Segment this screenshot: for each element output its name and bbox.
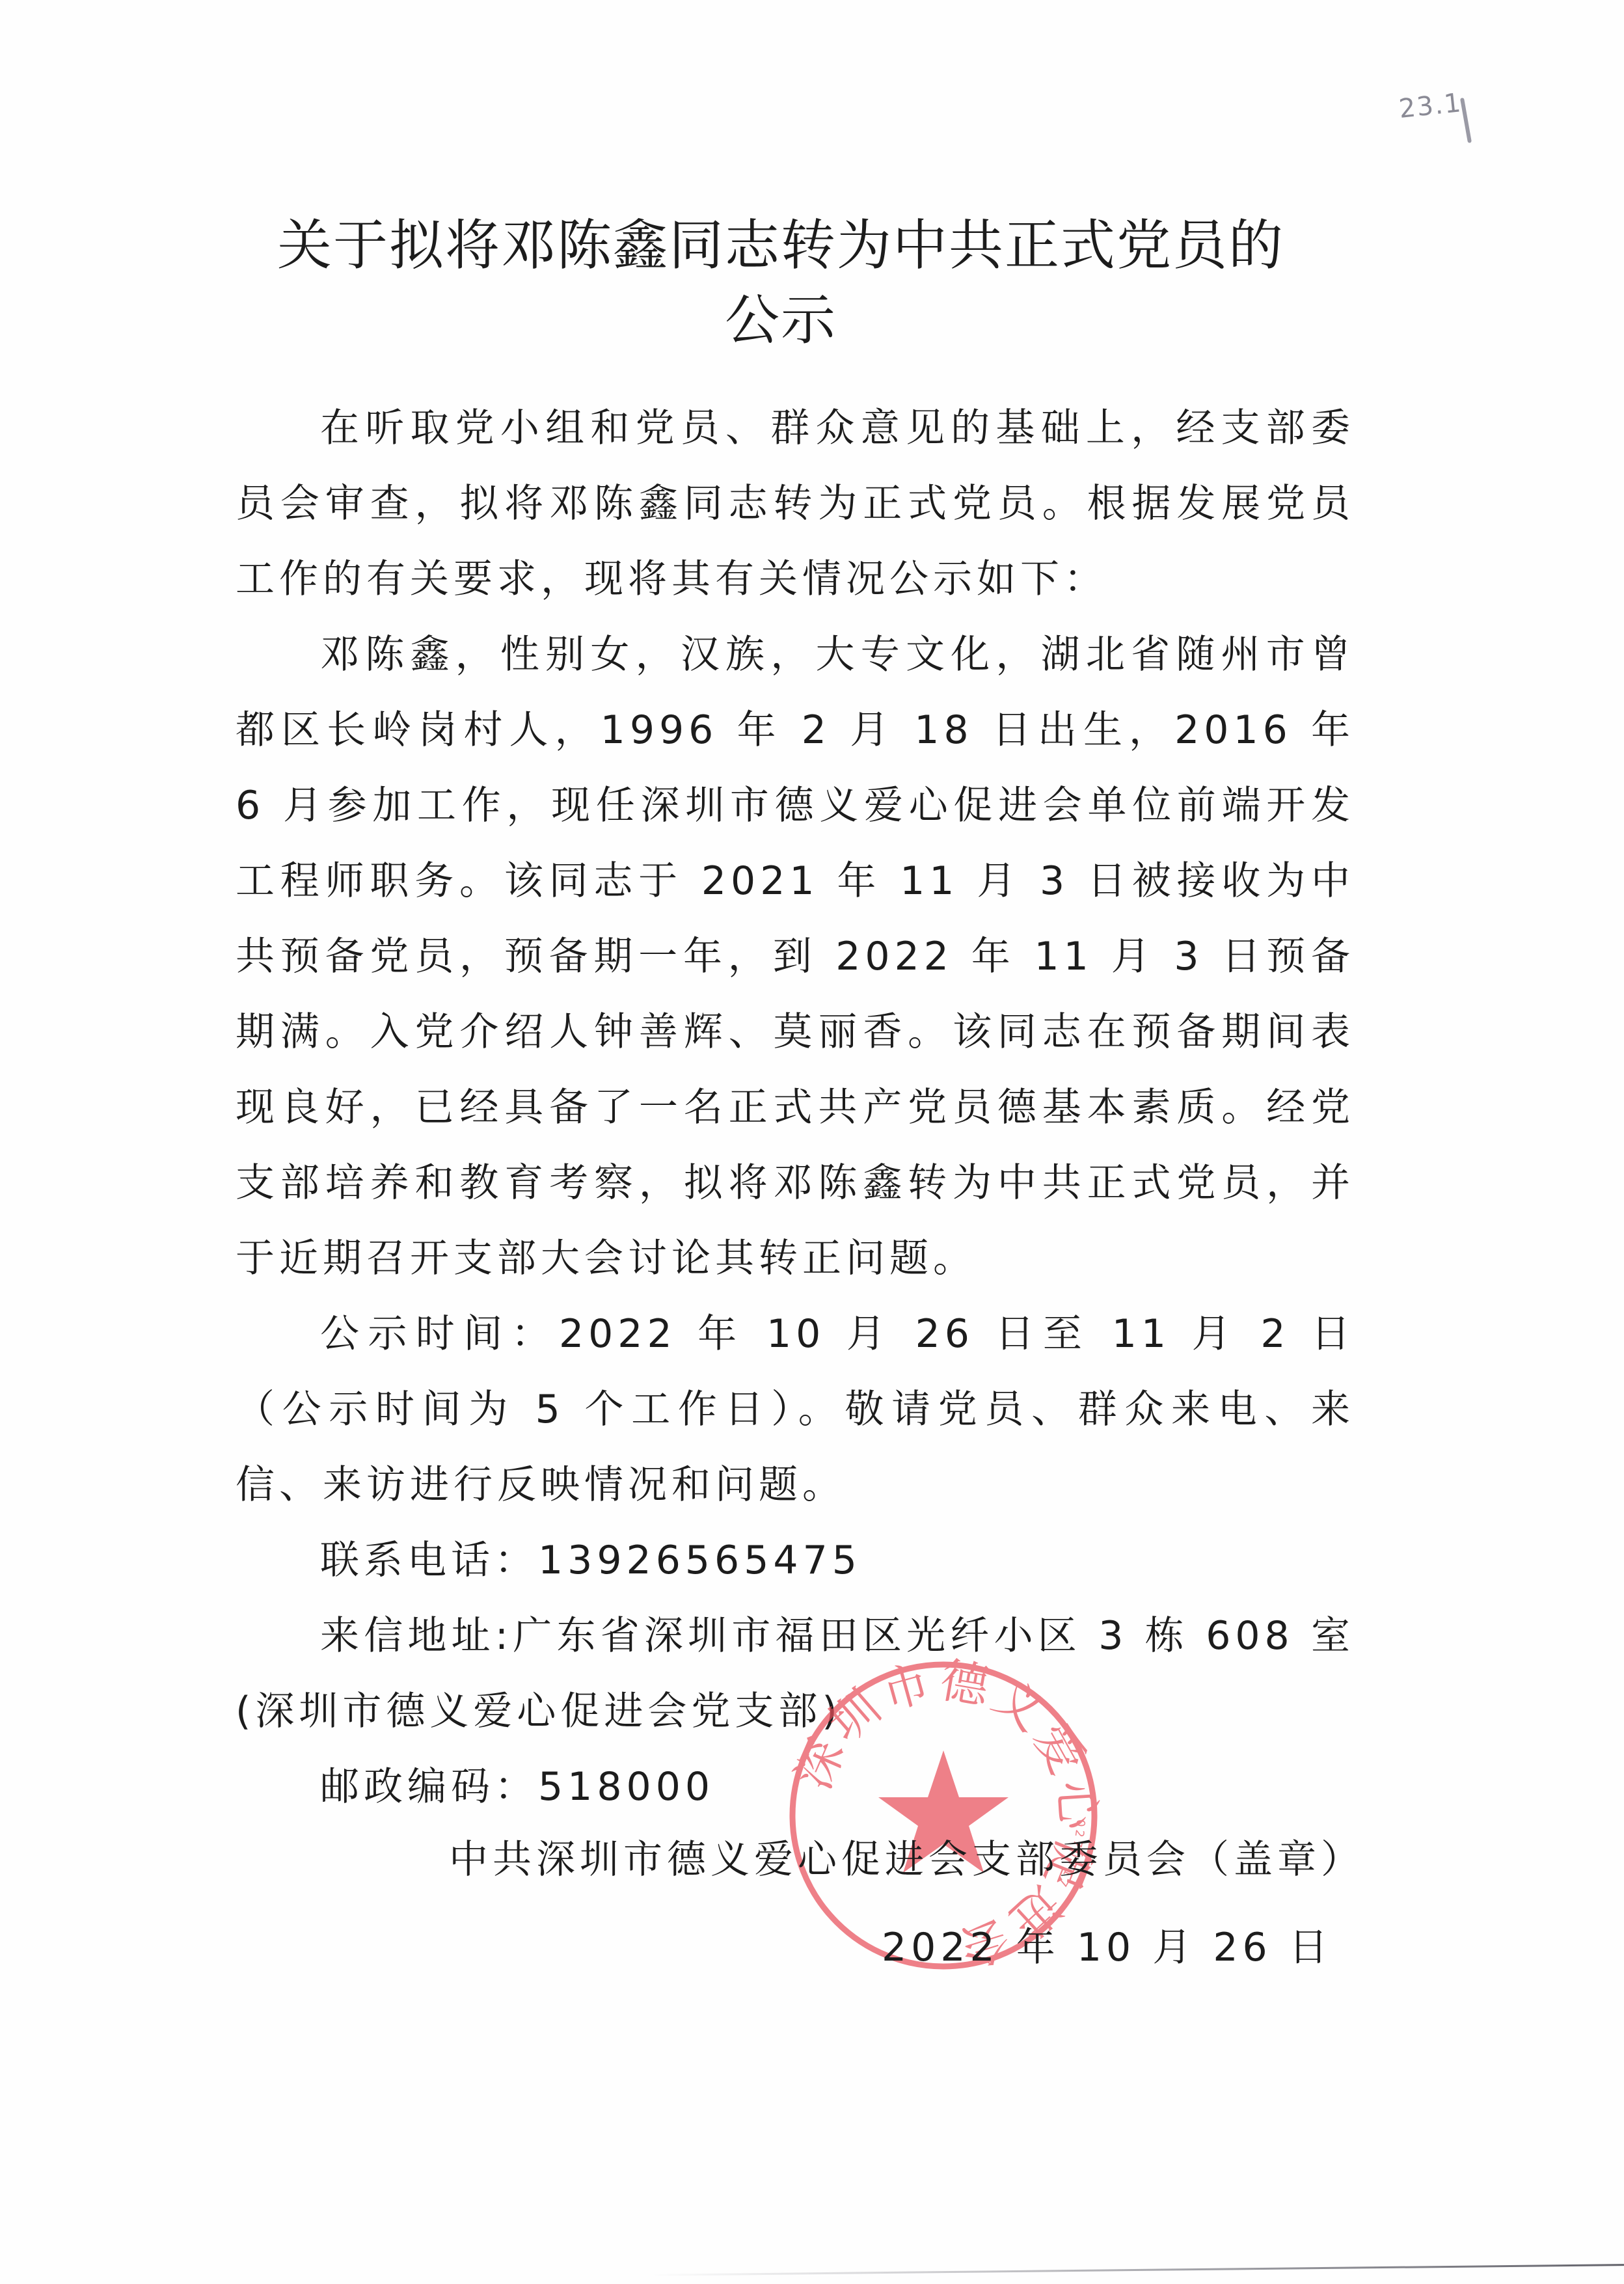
- document-title-line2: 公示: [195, 293, 1366, 347]
- issue-date: 2022 年 10 月 26 日: [882, 1916, 1333, 1972]
- contact-phone-label: 联系电话：: [320, 1538, 538, 1583]
- paragraph-profile: 邓陈鑫，性别女，汉族，大专文化，湖北省随州市曾都区长岭岗村人，1996 年 2 …: [236, 617, 1355, 1296]
- contact-phone-line: 联系电话：13926565475: [236, 1523, 1355, 1598]
- handwritten-stroke: [1460, 98, 1472, 143]
- postal-line: 邮政编码：518000: [236, 1749, 1355, 1825]
- paragraph-notice-period: 公示时间：2022 年 10 月 26 日至 11 月 2 日（公示时间为 5 …: [236, 1296, 1355, 1523]
- address-label: 来信地址:: [320, 1613, 513, 1659]
- postal-label: 邮政编码：: [320, 1764, 538, 1810]
- issuer-signature: 中共深圳市德义爱心促进会支部委员会（盖章）: [449, 1829, 1364, 1884]
- contact-phone-value: 13926565475: [538, 1538, 861, 1583]
- address-line: 来信地址:广东省深圳市福田区光纤小区 3 栋 608 室(深圳市德义爱心促进会党…: [236, 1598, 1355, 1749]
- document-body: 在听取党小组和党员、群众意见的基础上，经支部委员会审查，拟将邓陈鑫同志转为正式党…: [236, 390, 1355, 1825]
- paragraph-intro: 在听取党小组和党员、群众意见的基础上，经支部委员会审查，拟将邓陈鑫同志转为正式党…: [236, 390, 1355, 617]
- document-page: 23.1 关于拟将邓陈鑫同志转为中共正式党员的 公示 在听取党小组和党员、群众意…: [0, 0, 1624, 2284]
- handwritten-note: 23.1: [1398, 88, 1463, 124]
- document-title-line1: 关于拟将邓陈鑫同志转为中共正式党员的: [195, 218, 1366, 273]
- scan-edge: [651, 2264, 1624, 2276]
- postal-value: 518000: [538, 1764, 714, 1810]
